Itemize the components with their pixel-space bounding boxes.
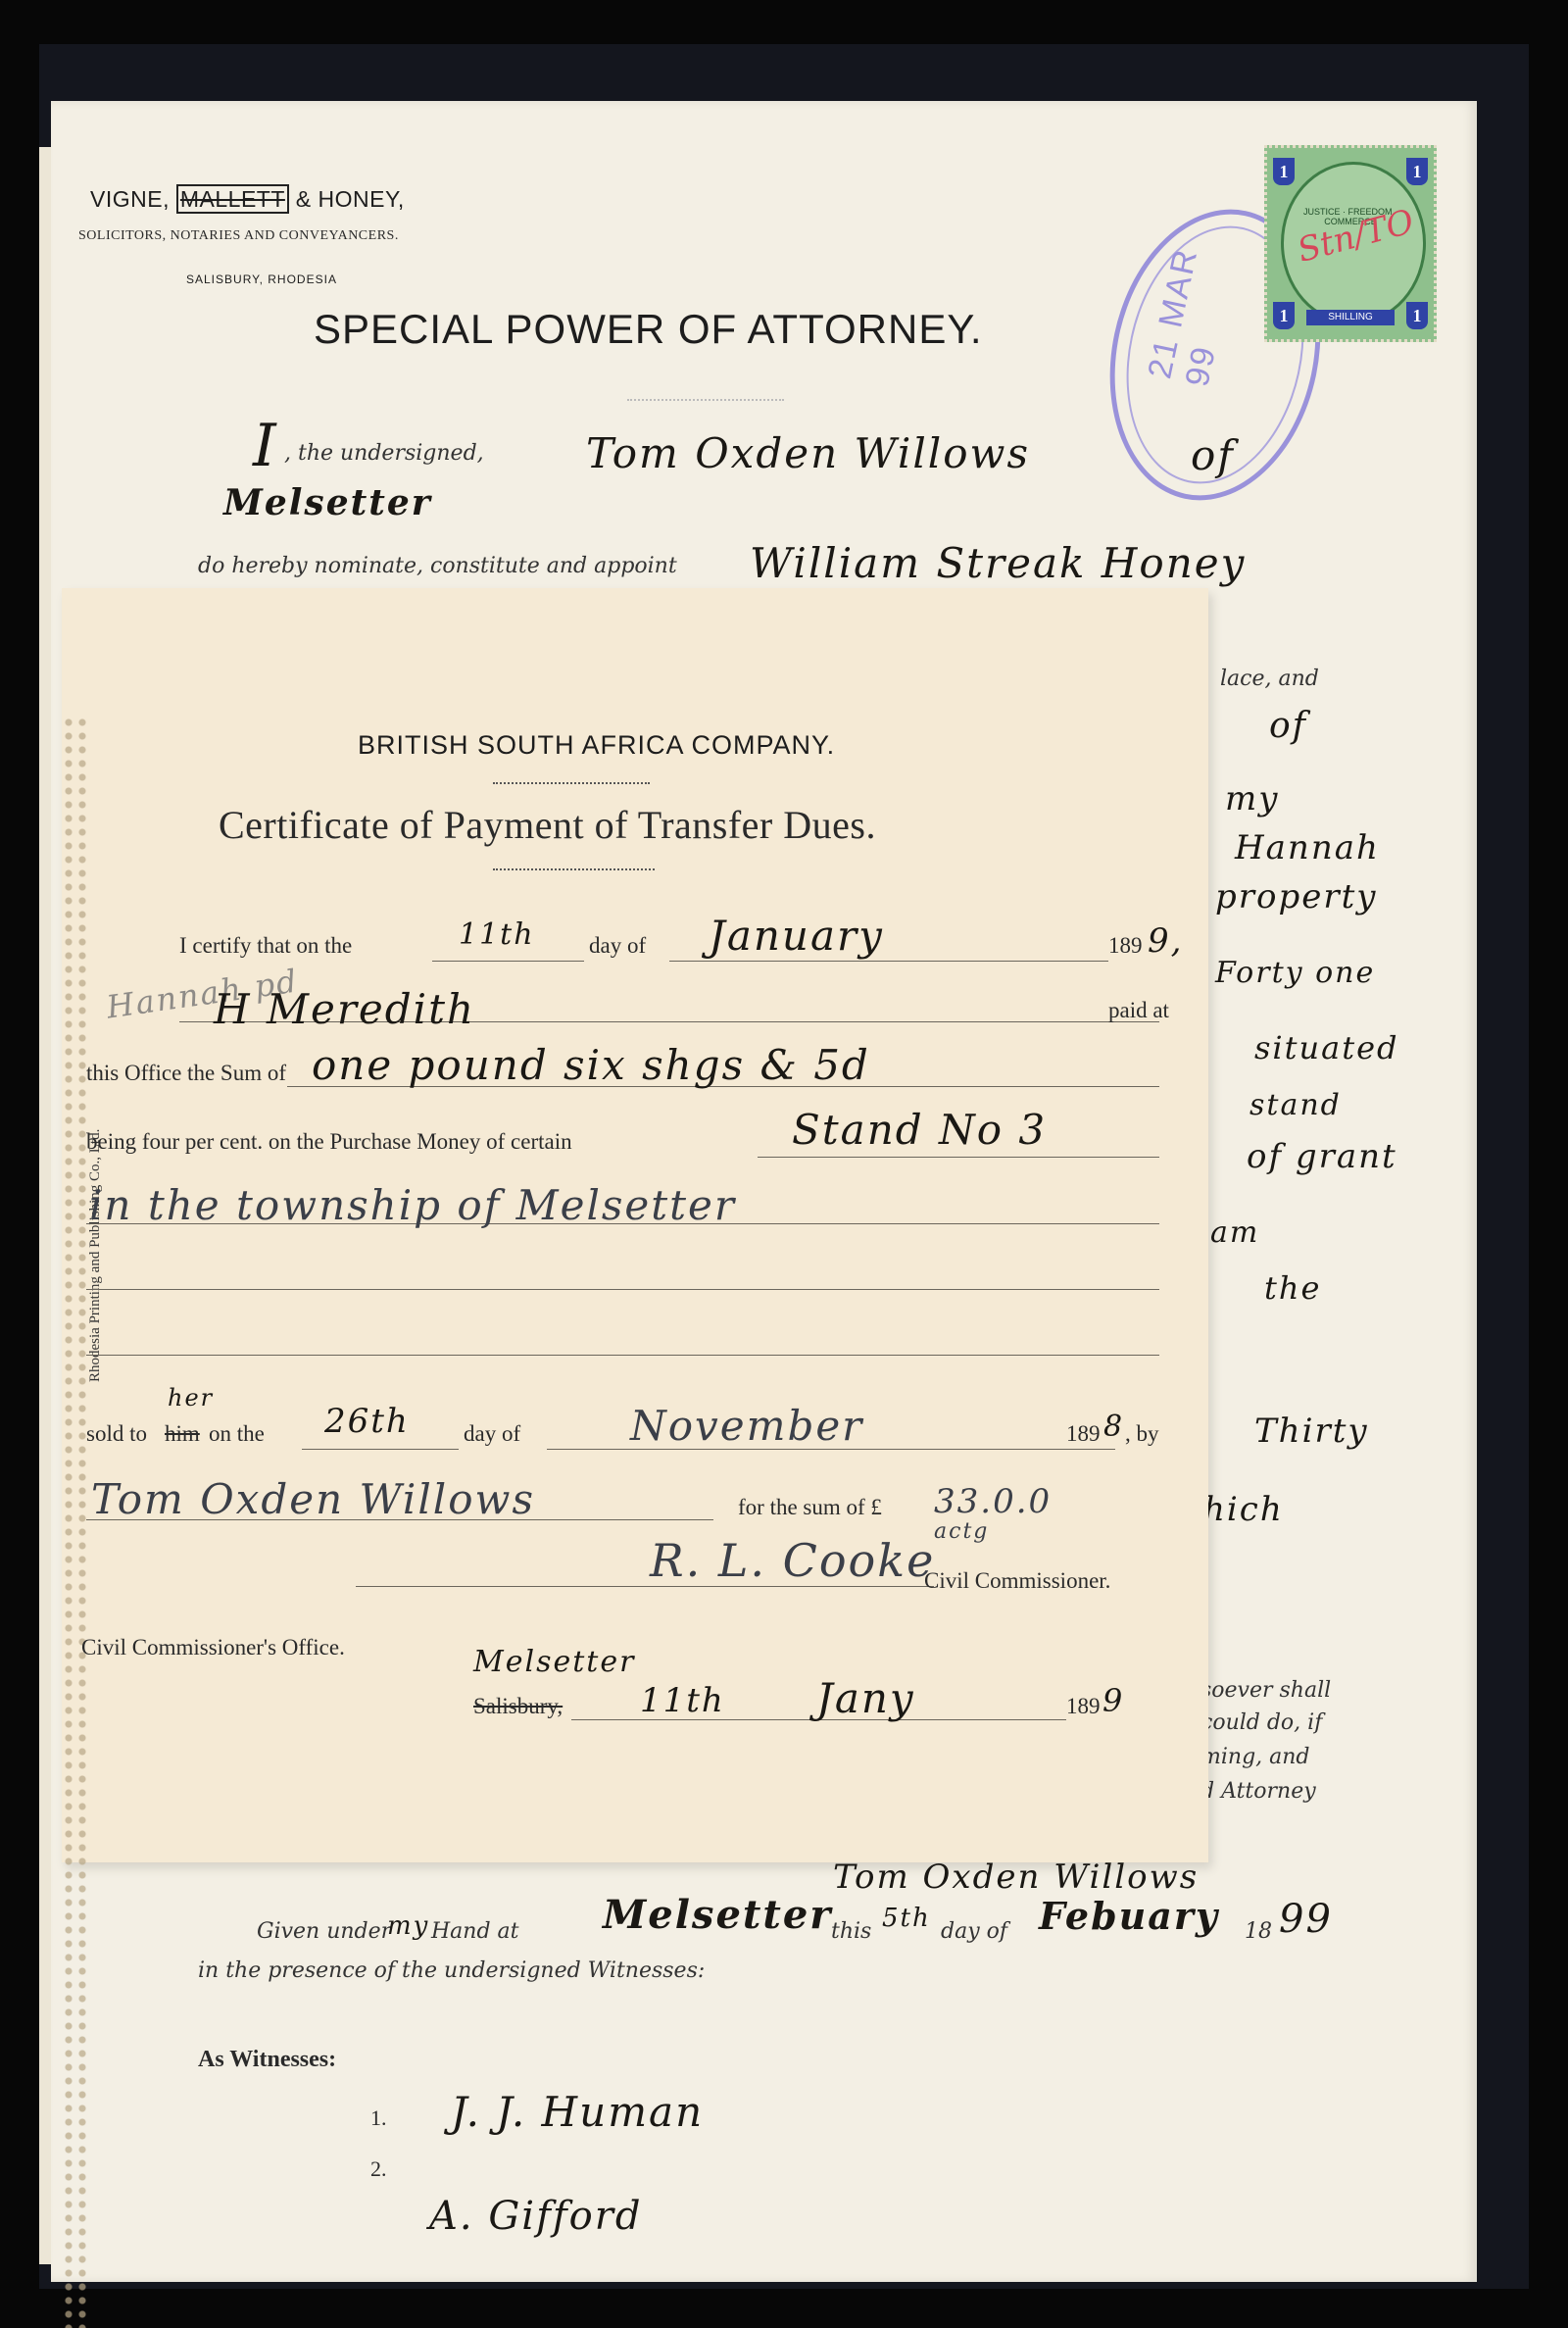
margin-handwriting: Forty one — [1215, 956, 1375, 990]
cert-sum-value: 33.0.0 — [934, 1482, 1052, 1521]
firm-name-part2: & HONEY, — [296, 186, 405, 212]
given-day: 5th — [882, 1904, 931, 1933]
office-year-hand: 9 — [1102, 1682, 1124, 1719]
transfer-dues-certificate: Rhodesia Printing and Publishing Co., Lt… — [62, 588, 1208, 1862]
printed-appoint: do hereby nominate, constitute and appoi… — [198, 554, 677, 578]
margin-printed-text: lace, and — [1220, 667, 1319, 691]
cert-sold-day: 26th — [324, 1402, 410, 1441]
given-month: Febuary — [1039, 1894, 1219, 1938]
office-place-hand: Melsetter — [473, 1645, 635, 1679]
lower-margin-text: d Attorney — [1200, 1779, 1316, 1804]
given-my: my — [387, 1911, 429, 1941]
cert-sold-day-of: day of — [464, 1421, 520, 1447]
blank-line — [86, 1355, 1159, 1356]
printer-imprint: Rhodesia Printing and Publishing Co., Lt… — [87, 1129, 104, 1382]
cert-sum: one pound six shgs & 5d — [312, 1041, 870, 1089]
commissioner-title: Civil Commissioner. — [924, 1568, 1110, 1594]
lower-margin-text: ming, and — [1200, 1745, 1310, 1769]
day-of-label: day of — [941, 1919, 1007, 1944]
certificate-heading: Certificate of Payment of Transfer Dues. — [219, 802, 876, 848]
ornamental-border — [62, 716, 89, 2328]
wavy-rule — [493, 774, 650, 784]
grantor-of: of — [1191, 431, 1235, 479]
office-label: Civil Commissioner's Office. — [81, 1635, 345, 1660]
title-ornament-rule — [627, 399, 784, 401]
witness-signature: J. J. Human — [451, 2088, 704, 2136]
margin-handwriting: stand — [1249, 1088, 1342, 1122]
commissioner-signature: R. L. Cooke — [650, 1534, 935, 1587]
firm-subtitle: SOLICITORS, NOTARIES AND CONVEYANCERS. — [78, 228, 399, 244]
cert-payer: H Meredith — [214, 985, 475, 1033]
cert-by: , by — [1125, 1421, 1159, 1447]
margin-handwriting: Thirty — [1254, 1412, 1369, 1451]
document-title: SPECIAL POWER OF ATTORNEY. — [314, 306, 983, 353]
margin-handwriting: situated — [1254, 1029, 1398, 1066]
blank-line — [86, 1289, 1159, 1290]
firm-name: VIGNE, MALLETT & HONEY, — [90, 186, 405, 213]
cert-sum-label: for the sum of £ — [738, 1495, 882, 1520]
cert-day-of: day of — [589, 933, 646, 959]
cert-township: in the township of Melsetter — [89, 1181, 736, 1229]
stamp-denomination: SHILLING — [1306, 310, 1395, 325]
margin-handwriting: am — [1210, 1215, 1259, 1250]
blank-line — [669, 961, 1108, 962]
cert-month: January — [709, 912, 884, 960]
certificate-company: BRITISH SOUTH AFRICA COMPANY. — [358, 730, 835, 761]
given-place: Melsetter — [603, 1892, 832, 1938]
witness-number: 2. — [370, 2156, 387, 2182]
signature-note: actg — [934, 1519, 989, 1544]
margin-handwriting: property — [1215, 877, 1378, 916]
attorney-name: William Streak Honey — [750, 539, 1246, 587]
cert-property: Stand No 3 — [792, 1106, 1047, 1154]
year-prefix: 18 — [1245, 1919, 1272, 1944]
office-month: Jany — [816, 1674, 915, 1722]
witness-signature: A. Gifford — [429, 2194, 642, 2239]
margin-handwriting: my — [1225, 779, 1279, 818]
blank-line — [758, 1157, 1159, 1158]
cert-paid-at: paid at — [1108, 998, 1169, 1023]
cert-sold-to-struck: him — [165, 1421, 200, 1447]
grantor-place: Melsetter — [223, 482, 432, 523]
wavy-rule — [493, 861, 655, 870]
cert-sold-to-inserted: her — [168, 1384, 214, 1412]
this-label: this — [831, 1919, 871, 1944]
stamp-value-corner: 1 — [1406, 302, 1428, 329]
grantor-name: Tom Oxden Willows — [586, 429, 1030, 477]
cert-line1-prefix: I certify that on the — [179, 933, 352, 959]
office-day: 11th — [640, 1681, 725, 1720]
stamp-value-corner: 1 — [1273, 158, 1295, 185]
cert-purchase-prefix: being four per cent. on the Purchase Mon… — [86, 1129, 572, 1155]
margin-handwriting: of grant — [1247, 1137, 1397, 1176]
witnesses-heading: As Witnesses: — [198, 2047, 336, 2073]
cert-sold-month: November — [630, 1402, 863, 1450]
cert-sold-to: sold to — [86, 1421, 147, 1447]
printed-undersigned: , the undersigned, — [284, 441, 484, 466]
firm-name-part1: VIGNE, — [90, 186, 170, 212]
cert-on-the: on the — [209, 1421, 265, 1447]
firm-location: SALISBURY, RHODESIA — [186, 272, 337, 286]
witness-number: 1. — [370, 2105, 387, 2131]
margin-handwriting: Hannah — [1235, 828, 1380, 867]
lower-margin-text: could do, if — [1200, 1710, 1322, 1735]
cert-year-hand: 9, — [1148, 921, 1183, 961]
cert-sum-prefix: this Office the Sum of — [86, 1061, 286, 1086]
lower-margin-text: soever shall — [1200, 1678, 1331, 1703]
cert-day: 11th — [459, 917, 535, 952]
firm-name-struck: MALLETT — [176, 184, 289, 214]
given-hand-at-label: Hand at — [431, 1919, 519, 1944]
cert-sold-year-hand: 8 — [1103, 1410, 1124, 1444]
stamp-value-corner: 1 — [1406, 158, 1428, 185]
stamp-value-corner: 1 — [1273, 302, 1295, 329]
blank-line — [432, 961, 584, 962]
given-under-label: Given under — [257, 1919, 391, 1944]
cert-seller: Tom Oxden Willows — [91, 1475, 535, 1523]
margin-handwriting: hich — [1203, 1490, 1284, 1529]
year-suffix: 99 — [1279, 1897, 1333, 1942]
margin-handwriting: the — [1264, 1269, 1321, 1307]
presence-text: in the presence of the undersigned Witne… — [198, 1958, 705, 1983]
cert-sold-year-printed: 189 — [1066, 1421, 1101, 1447]
office-year-printed: 189 — [1066, 1694, 1101, 1719]
blank-line — [302, 1449, 459, 1450]
office-place-struck: Salisbury, — [473, 1694, 563, 1719]
handwritten-I: I — [253, 412, 278, 480]
margin-handwriting: of — [1269, 706, 1307, 746]
grantor-signature: Tom Oxden Willows — [833, 1857, 1199, 1897]
revenue-stamp: 1 1 1 1 JUSTICE · FREEDOM · COMMERCE SHI… — [1264, 145, 1437, 342]
cert-year-printed: 189 — [1108, 933, 1143, 959]
